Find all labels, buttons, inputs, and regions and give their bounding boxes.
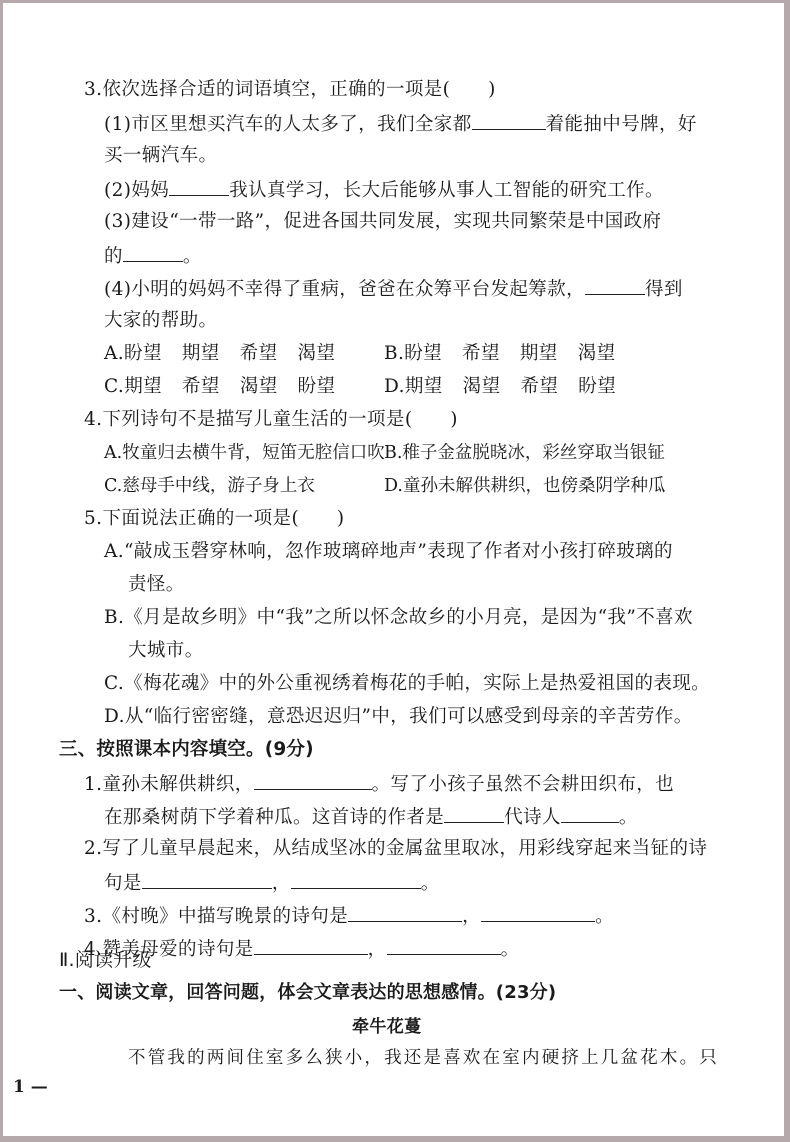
- q4-option-a[interactable]: A.牧童归去横牛背，短笛无腔信口吹: [104, 441, 385, 465]
- option-word: 盼望: [578, 375, 616, 399]
- page-number: 1 —: [13, 1077, 48, 1097]
- q3-sentence-1: (1)市区里想买汽车的人太多了，我们全家都着能抽中号牌，好: [104, 111, 697, 137]
- q5-option-b-cont: 大城市。: [128, 639, 204, 663]
- fill-1-cont-text: 在那桑树荫下学着种瓜。这首诗的作者是: [104, 807, 444, 828]
- fill-2: 2.写了儿童早晨起来，从结成坚冰的金属盆里取冰，用彩线穿起来当钲的诗: [84, 837, 707, 861]
- q3-s4-text-after: 得到: [645, 279, 683, 300]
- q5-option-a-cont: 责怪。: [128, 573, 185, 597]
- fill-3-sep: ，: [462, 906, 481, 927]
- option-word: 渴望: [297, 342, 335, 366]
- q3-sentence-3: (3)建设“一带一路”，促进各国共同发展，实现共同繁荣是中国政府: [104, 210, 661, 234]
- option-word: 期望: [520, 342, 558, 366]
- part-2-heading: Ⅱ.阅读升级: [59, 948, 152, 972]
- fill-2-cont: 句是，。: [104, 870, 440, 896]
- q3-option-a[interactable]: A.盼望期望希望渴望: [104, 342, 355, 366]
- option-label: B.: [384, 343, 404, 364]
- fill-3-text: 3.《村晚》中描写晚景的诗句是: [84, 906, 348, 927]
- fill-4-sep: ，: [368, 939, 387, 960]
- option-word: 期望: [405, 375, 443, 399]
- fill-1-text: 1.童孙未解供耕织，: [84, 774, 254, 795]
- option-word: 渴望: [463, 375, 501, 399]
- option-word: 盼望: [124, 342, 162, 366]
- fill-1-cont: 在那桑树荫下学着种瓜。这首诗的作者是代诗人。: [104, 804, 638, 830]
- fill-3-blank-2[interactable]: [481, 903, 595, 922]
- article-title: 牵牛花蔓: [352, 1015, 422, 1039]
- fill-2-text: 句是: [104, 873, 142, 894]
- q4-option-d[interactable]: D.童孙未解供耕织，也傍桑阴学种瓜: [384, 474, 665, 498]
- q4-option-b[interactable]: B.稚子金盆脱晓冰，彩丝穿取当银钲: [384, 441, 665, 465]
- option-word: 期望: [124, 375, 162, 399]
- q3-s1-text: (1)市区里想买汽车的人太多了，我们全家都: [104, 114, 472, 135]
- q3-sentence-4: (4)小明的妈妈不幸得了重病，爸爸在众筹平台发起筹款，得到: [104, 276, 683, 302]
- fill-2-blank-2[interactable]: [291, 870, 421, 889]
- q3-s3-period: 。: [183, 246, 202, 267]
- worksheet-page: 3.依次选择合适的词语填空，正确的一项是( ) (1)市区里想买汽车的人太多了，…: [3, 3, 784, 1136]
- option-word: 渴望: [240, 375, 278, 399]
- q3-s2-blank[interactable]: [169, 177, 229, 196]
- fill-4-blank-2[interactable]: [387, 936, 501, 955]
- fill-2-sep: ，: [272, 873, 291, 894]
- q3-option-c[interactable]: C.期望希望渴望盼望: [104, 375, 355, 399]
- part-2-subheading: 一、阅读文章，回答问题，体会文章表达的思想感情。(23分): [59, 981, 556, 1005]
- fill-1-blank-1[interactable]: [254, 771, 372, 790]
- option-word: 希望: [520, 375, 558, 399]
- option-word: 希望: [462, 342, 500, 366]
- q5-option-c[interactable]: C.《梅花魂》中的外公重视绣着梅花的手帕，实际上是热爱祖国的表现。: [104, 672, 710, 696]
- section-3-heading: 三、按照课本内容填空。(9分): [59, 738, 314, 762]
- option-word: 希望: [182, 375, 220, 399]
- fill-1-period: 。: [619, 807, 638, 828]
- q4-stem: 4.下列诗句不是描写儿童生活的一项是( ): [84, 408, 458, 432]
- option-label: C.: [104, 376, 124, 397]
- q3-s3-text: 的: [104, 246, 123, 267]
- q3-option-d[interactable]: D.期望渴望希望盼望: [384, 375, 636, 399]
- fill-3-period: 。: [595, 906, 614, 927]
- q3-sentence-3-cont: 的。: [104, 243, 202, 269]
- fill-4-period: 。: [501, 939, 520, 960]
- option-label: D.: [384, 376, 405, 397]
- q3-option-b[interactable]: B.盼望希望期望渴望: [384, 342, 636, 366]
- q3-s1-blank[interactable]: [472, 111, 546, 130]
- q3-s4-text: (4)小明的妈妈不幸得了重病，爸爸在众筹平台发起筹款，: [104, 279, 585, 300]
- q3-sentence-1-cont: 买一辆汽车。: [104, 144, 217, 168]
- fill-4-blank-1[interactable]: [254, 936, 368, 955]
- fill-3: 3.《村晚》中描写晚景的诗句是，。: [84, 903, 614, 929]
- fill-1-blank-dynasty[interactable]: [444, 804, 504, 823]
- fill-1-blank-poet[interactable]: [561, 804, 619, 823]
- q5-option-b[interactable]: B.《月是故乡明》中“我”之所以怀念故乡的小月亮，是因为“我”不喜欢: [104, 606, 693, 630]
- fill-2-period: 。: [421, 873, 440, 894]
- fill-1: 1.童孙未解供耕织，。写了小孩子虽然不会耕田织布，也: [84, 771, 674, 797]
- option-word: 盼望: [404, 342, 442, 366]
- q3-stem: 3.依次选择合适的词语填空，正确的一项是( ): [84, 78, 496, 102]
- q3-s4-blank[interactable]: [585, 276, 645, 295]
- article-paragraph: 不管我的两间住室多么狭小，我还是喜欢在室内硬挤上几盆花木。只: [128, 1046, 719, 1070]
- fill-1-text-after: 。写了小孩子虽然不会耕田织布，也: [372, 774, 674, 795]
- option-word: 希望: [240, 342, 278, 366]
- q5-option-d[interactable]: D.从“临行密密缝，意恐迟迟归”中，我们可以感受到母亲的辛苦劳作。: [104, 705, 693, 729]
- option-label: A.: [104, 343, 124, 364]
- q5-stem: 5.下面说法正确的一项是( ): [84, 507, 345, 531]
- q3-s2-text: (2)妈妈: [104, 180, 169, 201]
- q3-s2-text-after: 我认真学习，长大后能够从事人工智能的研究工作。: [229, 180, 664, 201]
- q3-sentence-4-cont: 大家的帮助。: [104, 309, 217, 333]
- q4-option-c[interactable]: C.慈母手中线，游子身上衣: [104, 474, 315, 498]
- q3-s1-text-after: 着能抽中号牌，好: [546, 114, 697, 135]
- option-word: 期望: [182, 342, 220, 366]
- option-word: 渴望: [578, 342, 616, 366]
- option-word: 盼望: [298, 375, 336, 399]
- fill-3-blank-1[interactable]: [348, 903, 462, 922]
- q3-sentence-2: (2)妈妈我认真学习，长大后能够从事人工智能的研究工作。: [104, 177, 664, 203]
- fill-2-blank-1[interactable]: [142, 870, 272, 889]
- fill-1-poet-label: 代诗人: [504, 807, 561, 828]
- q5-option-a[interactable]: A.“敲成玉磬穿林响，忽作玻璃碎地声”表现了作者对小孩打碎玻璃的: [104, 540, 673, 564]
- q3-s3-blank[interactable]: [123, 243, 183, 262]
